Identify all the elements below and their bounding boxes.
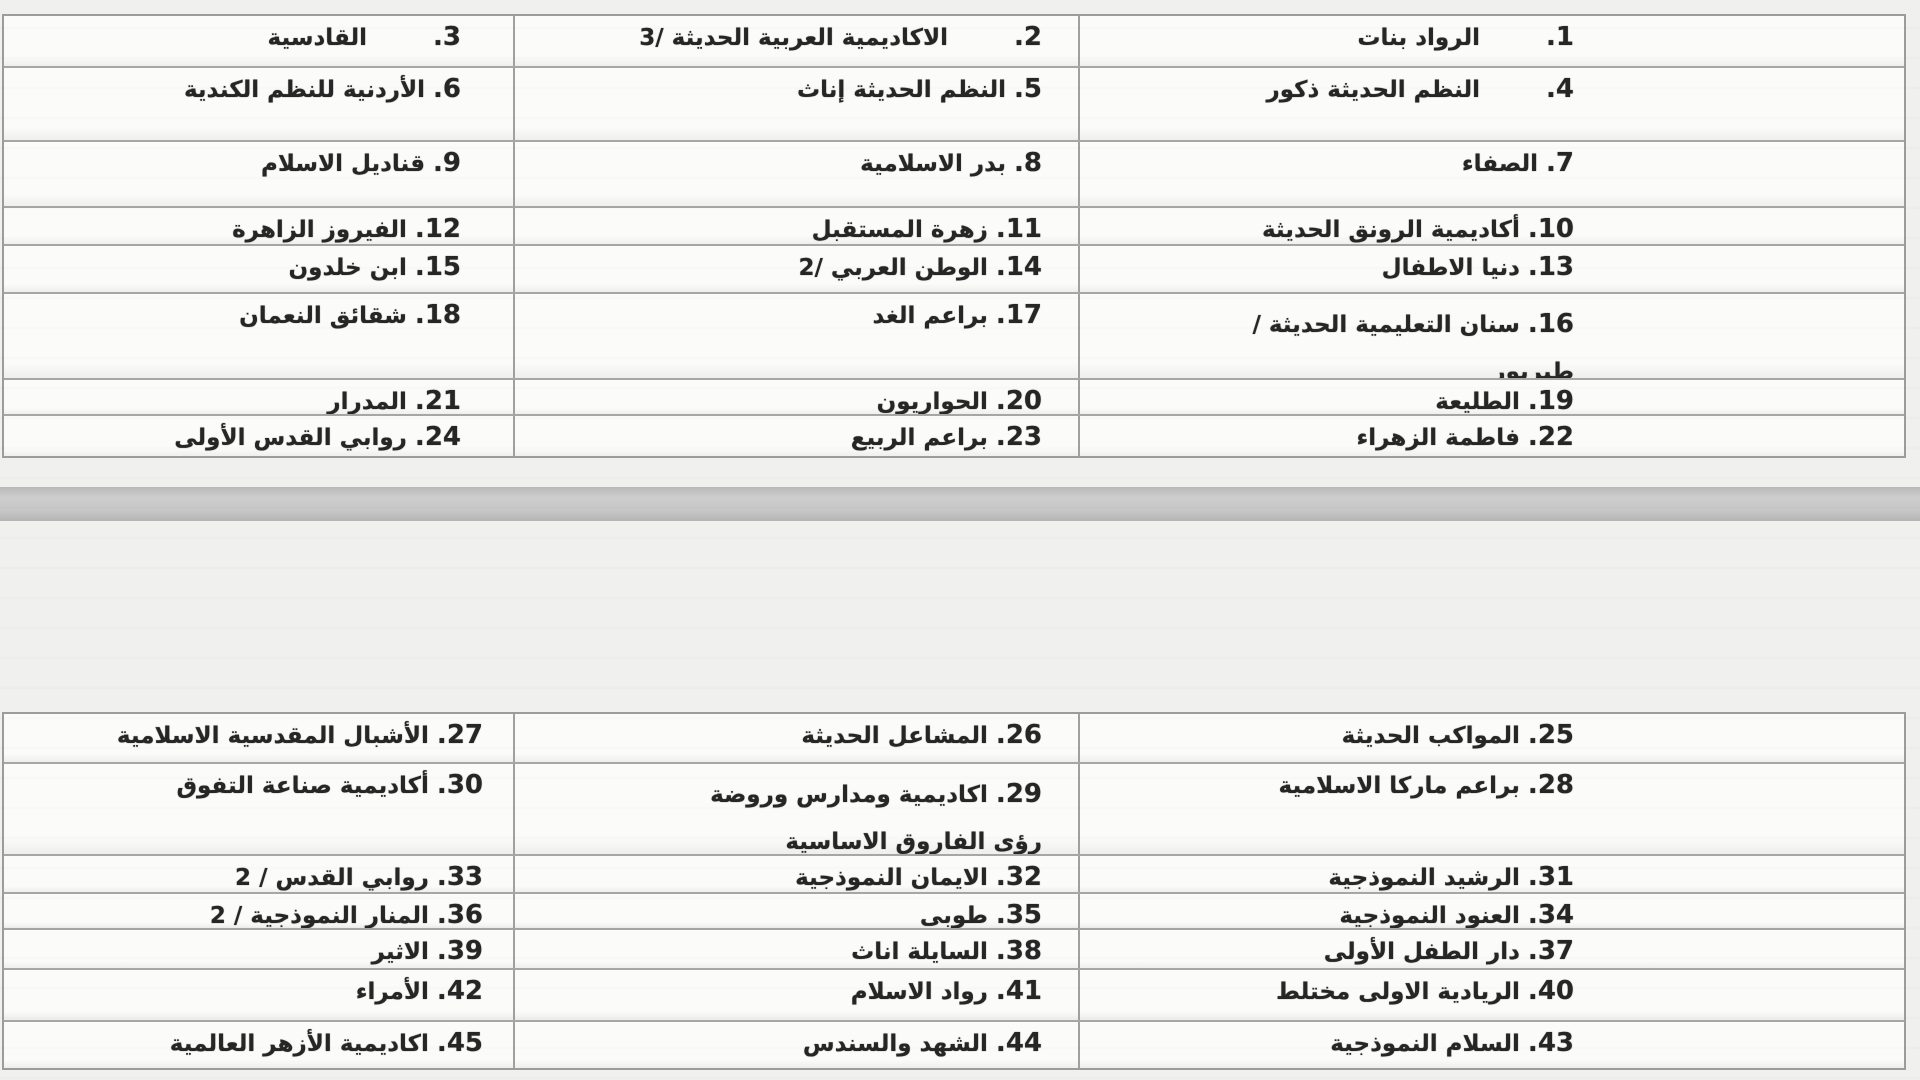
item-number: 40. (1528, 976, 1574, 1006)
item-name: الأشبال المقدسية الاسلامية (117, 723, 429, 749)
school-item-cell: 3.القادسية (4, 16, 513, 66)
school-item-cell: 6.الأردنية للنظم الكندية (4, 68, 513, 140)
item-number: 36. (437, 900, 483, 928)
item-number: 29. (996, 779, 1042, 809)
item-number: 13. (1528, 252, 1574, 282)
item-name: براعم ماركا الاسلامية (1279, 773, 1520, 799)
item-name: الاثير (372, 939, 429, 965)
item-name: السايلة اناث (851, 939, 988, 965)
table-row: 34.العنود النموذجية35.طوبى36.المنار النم… (4, 894, 1904, 930)
item-name: الرواد بنات (1357, 25, 1480, 51)
item-number: 3. (433, 22, 461, 52)
school-item-cell: 41.رواد الاسلام (513, 970, 1078, 1020)
item-number: 33. (437, 862, 483, 892)
item-number: 27. (437, 720, 483, 750)
item-name: شقائق النعمان (239, 303, 407, 329)
school-item-cell: 36.المنار النموذجية / 2 (4, 894, 513, 928)
school-item-cell: 43.السلام النموذجية (1078, 1022, 1904, 1068)
item-number: 22. (1528, 422, 1574, 452)
item-name: براعم الغد (873, 303, 988, 329)
school-item-cell: 44.الشهد والسندس (513, 1022, 1078, 1068)
school-item-cell: 38.السايلة اناث (513, 930, 1078, 968)
school-item-cell: 29.اكاديمية ومدارس وروضة رؤى الفاروق الا… (513, 764, 1078, 854)
table-row: 40.الريادية الاولى مختلط41.رواد الاسلام4… (4, 970, 1904, 1022)
item-name: سنان التعليمية الحديثة / طبربور (1252, 312, 1574, 378)
item-number: 19. (1528, 386, 1574, 414)
school-item-cell: 28.براعم ماركا الاسلامية (1078, 764, 1904, 854)
table-row: 22.فاطمة الزهراء23.براعم الربيع24.روابي … (4, 416, 1904, 456)
item-number: 32. (996, 862, 1042, 892)
item-name: السلام النموذجية (1330, 1031, 1520, 1057)
item-name: المدرار (327, 389, 407, 414)
scanned-school-list-page: { "colors": { "page_bg": "#f0f0ee", "tab… (0, 0, 1920, 1080)
item-number: 35. (996, 900, 1042, 928)
item-number: 2. (1014, 22, 1042, 52)
school-item-cell: 10.أكاديمية الرونق الحديثة (1078, 208, 1904, 244)
table-row: 7.الصفاء8.بدر الاسلامية9.قناديل الاسلام (4, 142, 1904, 208)
school-item-cell: 17.براعم الغد (513, 294, 1078, 378)
schools-table-bottom: 25.المواكب الحديثة26.المشاعل الحديثة27.ا… (2, 712, 1906, 1070)
school-item-cell: 15.ابن خلدون (4, 246, 513, 292)
school-item-cell: 30.أكاديمية صناعة التفوق (4, 764, 513, 854)
school-item-cell: 5.النظم الحديثة إناث (513, 68, 1078, 140)
item-name: الوطن العربي /2 (798, 255, 987, 281)
item-name: روابي القدس الأولى (174, 425, 407, 451)
school-item-cell: 22.فاطمة الزهراء (1078, 416, 1904, 456)
item-number: 23. (996, 422, 1042, 452)
school-item-cell: 7.الصفاء (1078, 142, 1904, 206)
school-item-cell: 9.قناديل الاسلام (4, 142, 513, 206)
table-row: 19.الطليعة20.الحواريون21.المدرار (4, 380, 1904, 416)
school-item-cell: 40.الريادية الاولى مختلط (1078, 970, 1904, 1020)
item-name: دار الطفل الأولى (1324, 939, 1520, 965)
item-name: الاكاديمية العربية الحديثة /3 (639, 25, 948, 51)
school-item-cell: 33.روابي القدس / 2 (4, 856, 513, 892)
school-item-cell: 39.الاثير (4, 930, 513, 968)
item-number: 21. (415, 386, 461, 414)
item-number: 7. (1546, 148, 1574, 178)
item-number: 43. (1528, 1028, 1574, 1058)
item-name: المواكب الحديثة (1342, 723, 1520, 749)
item-name: ابن خلدون (289, 255, 407, 281)
item-name: أكاديمية صناعة التفوق (176, 773, 428, 799)
table-row: 4.النظم الحديثة ذكور5.النظم الحديثة إناث… (4, 68, 1904, 142)
item-name: أكاديمية الرونق الحديثة (1262, 217, 1520, 243)
school-item-cell: 2.الاكاديمية العربية الحديثة /3 (513, 16, 1078, 66)
school-item-cell: 20.الحواريون (513, 380, 1078, 414)
item-name: النظم الحديثة إناث (797, 77, 1006, 103)
table-row: 13.دنيا الاطفال14.الوطن العربي /215.ابن … (4, 246, 1904, 294)
item-number: 8. (1014, 148, 1042, 178)
table-row: 25.المواكب الحديثة26.المشاعل الحديثة27.ا… (4, 714, 1904, 764)
item-number: 25. (1528, 720, 1574, 750)
item-number: 31. (1528, 862, 1574, 892)
item-number: 28. (1528, 770, 1574, 800)
school-item-cell: 27.الأشبال المقدسية الاسلامية (4, 714, 513, 762)
school-item-cell: 31.الرشيد النموذجية (1078, 856, 1904, 892)
item-number: 18. (415, 300, 461, 330)
school-item-cell: 45.اكاديمية الأزهر العالمية (4, 1022, 513, 1068)
item-name: اكاديمية ومدارس وروضة رؤى الفاروق الاساس… (710, 782, 1042, 854)
item-number: 17. (996, 300, 1042, 330)
school-item-cell: 26.المشاعل الحديثة (513, 714, 1078, 762)
table-row: 28.براعم ماركا الاسلامية29.اكاديمية ومدا… (4, 764, 1904, 856)
item-name: الحواريون (877, 389, 988, 414)
item-number: 1. (1546, 22, 1574, 52)
table-row: 1.الرواد بنات2.الاكاديمية العربية الحديث… (4, 16, 1904, 68)
item-name: دنيا الاطفال (1382, 255, 1520, 281)
item-name: رواد الاسلام (851, 979, 988, 1005)
school-item-cell: 8.بدر الاسلامية (513, 142, 1078, 206)
table-row: 37.دار الطفل الأولى38.السايلة اناث39.الا… (4, 930, 1904, 970)
school-item-cell: 19.الطليعة (1078, 380, 1904, 414)
school-item-cell: 35.طوبى (513, 894, 1078, 928)
school-item-cell: 12.الفيروز الزاهرة (4, 208, 513, 244)
separator-band (0, 487, 1920, 521)
item-number: 24. (415, 422, 461, 452)
item-number: 16. (1528, 309, 1574, 339)
item-number: 12. (415, 214, 461, 244)
item-number: 30. (437, 770, 483, 800)
item-number: 10. (1528, 214, 1574, 244)
item-name: زهرة المستقبل (812, 217, 988, 243)
item-name: قناديل الاسلام (261, 151, 425, 177)
school-item-cell: 11.زهرة المستقبل (513, 208, 1078, 244)
item-name: اكاديمية الأزهر العالمية (170, 1031, 429, 1057)
item-name: القادسية (268, 25, 367, 51)
item-number: 11. (996, 214, 1042, 244)
item-number: 14. (996, 252, 1042, 282)
item-name: فاطمة الزهراء (1356, 425, 1519, 451)
school-item-cell: 1.الرواد بنات (1078, 16, 1904, 66)
item-number: 45. (437, 1028, 483, 1058)
item-name: الفيروز الزاهرة (232, 217, 407, 243)
school-item-cell: 16.سنان التعليمية الحديثة / طبربور (1078, 294, 1904, 378)
schools-table-top: 1.الرواد بنات2.الاكاديمية العربية الحديث… (2, 14, 1906, 458)
item-number: 42. (437, 976, 483, 1006)
school-item-cell: 4.النظم الحديثة ذكور (1078, 68, 1904, 140)
item-name: النظم الحديثة ذكور (1266, 77, 1480, 103)
school-item-cell: 32.الايمان النموذجية (513, 856, 1078, 892)
school-item-cell: 37.دار الطفل الأولى (1078, 930, 1904, 968)
table-row: 31.الرشيد النموذجية32.الايمان النموذجية3… (4, 856, 1904, 894)
item-name: الشهد والسندس (803, 1031, 988, 1057)
item-number: 38. (996, 936, 1042, 966)
item-name: الصفاء (1462, 151, 1538, 177)
table-row: 10.أكاديمية الرونق الحديثة11.زهرة المستق… (4, 208, 1904, 246)
school-item-cell: 24.روابي القدس الأولى (4, 416, 513, 456)
item-number: 6. (433, 74, 461, 104)
item-number: 20. (996, 386, 1042, 414)
item-number: 15. (415, 252, 461, 282)
school-item-cell: 18.شقائق النعمان (4, 294, 513, 378)
item-number: 41. (996, 976, 1042, 1006)
item-name: المشاعل الحديثة (801, 723, 988, 749)
table-row: 43.السلام النموذجية44.الشهد والسندس45.اك… (4, 1022, 1904, 1068)
item-name: الرشيد النموذجية (1328, 865, 1520, 891)
item-name: الايمان النموذجية (795, 865, 988, 891)
item-name: براعم الربيع (851, 425, 988, 451)
school-item-cell: 25.المواكب الحديثة (1078, 714, 1904, 762)
item-name: الأمراء (356, 979, 429, 1005)
item-number: 4. (1546, 74, 1574, 104)
item-number: 39. (437, 936, 483, 966)
item-name: الريادية الاولى مختلط (1276, 979, 1520, 1005)
item-name: الطليعة (1435, 389, 1520, 414)
school-item-cell: 21.المدرار (4, 380, 513, 414)
item-number: 9. (433, 148, 461, 178)
school-item-cell: 13.دنيا الاطفال (1078, 246, 1904, 292)
item-number: 44. (996, 1028, 1042, 1058)
school-item-cell: 14.الوطن العربي /2 (513, 246, 1078, 292)
item-name: بدر الاسلامية (860, 151, 1006, 177)
item-number: 34. (1528, 900, 1574, 928)
item-name: المنار النموذجية / 2 (210, 903, 429, 928)
school-item-cell: 23.براعم الربيع (513, 416, 1078, 456)
item-name: الأردنية للنظم الكندية (184, 77, 425, 103)
item-name: طوبى (920, 903, 988, 928)
item-number: 26. (996, 720, 1042, 750)
school-item-cell: 34.العنود النموذجية (1078, 894, 1904, 928)
item-name: روابي القدس / 2 (235, 865, 429, 891)
item-name: العنود النموذجية (1339, 903, 1520, 928)
item-number: 37. (1528, 936, 1574, 966)
school-item-cell: 42.الأمراء (4, 970, 513, 1020)
table-row: 16.سنان التعليمية الحديثة / طبربور17.برا… (4, 294, 1904, 380)
item-number: 5. (1014, 74, 1042, 104)
